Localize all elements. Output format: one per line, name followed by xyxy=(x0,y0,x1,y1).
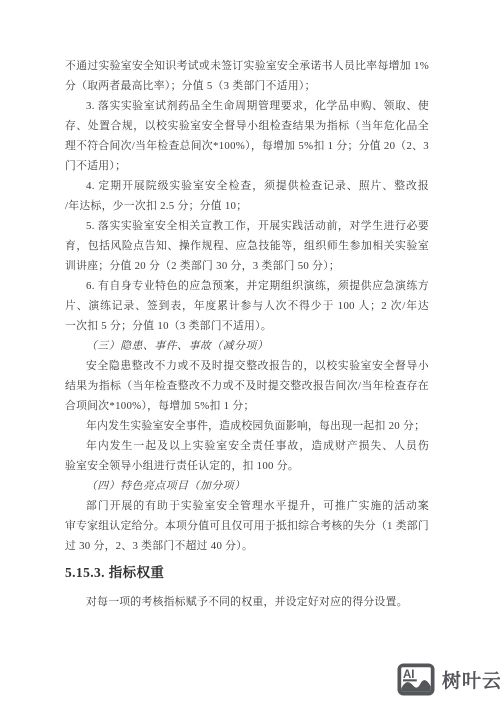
text-line: 验室安全领导小组进行责任认定的，扣 100 分。 xyxy=(65,456,429,476)
text-line: 部门开展的有助于实验室安全管理水平提升，可推广实施的活动案例，由评 xyxy=(65,496,429,516)
text-line: （三）隐患、事件、事故（减分项） xyxy=(65,336,429,356)
text-line: 不通过实验室安全知识考试或未签订实验室安全承诺书人员比率每增加 1%扣 1 xyxy=(65,56,429,76)
ai-photo-icon-svg: AI xyxy=(397,663,435,696)
text-line: 合项间次*100%），每增加 5%扣 1 分； xyxy=(65,396,429,416)
text-line: 年内发生实验室安全事件，造成校园负面影响，每出现一起扣 20 分； xyxy=(65,416,429,436)
document-body: 不通过实验室安全知识考试或未签订实验室安全承诺书人员比率每增加 1%扣 1分（取… xyxy=(65,56,429,612)
text-line: 过 30 分，2、3 类部门不超过 40 分）。 xyxy=(65,536,429,556)
text-line: 4. 定期开展院级实验室安全检查，须提供检查记录、照片、整改报告，4 次 xyxy=(65,176,429,196)
document-page: 不通过实验室安全知识考试或未签订实验室安全承诺书人员比率每增加 1%扣 1分（取… xyxy=(0,0,500,707)
text-line: 存、处置合规，以校实验室安全督导小组检查结果为指标（当年危化品全流程管 xyxy=(65,116,429,136)
text-line: /年达标，少一次扣 2.5 分；分值 10； xyxy=(65,196,429,216)
text-line: 一次扣 5 分；分值 10（3 类部门不适用）。 xyxy=(65,316,429,336)
text-line: 3. 落实实验室试剂药品全生命周期管理要求，化学品申购、领取、使用、储 xyxy=(65,96,429,116)
text-line: 门不适用）； xyxy=(65,156,429,176)
text-line: 理不符合间次/当年检查总间次*100%），每增加 5%扣 1 分；分值 20（2… xyxy=(65,136,429,156)
section-heading: 5.15.3. 指标权重 xyxy=(65,562,429,583)
text-line: 片、演练记录、签到表，年度累计参与人次不得少于 100 人；2 次/年达标，少 xyxy=(65,296,429,316)
icon-ai-label: AI xyxy=(403,669,415,681)
ai-photo-icon: AI xyxy=(397,663,435,696)
text-line: 安全隐患整改不力或不及时提交整改报告的，以校实验室安全督导小组检查 xyxy=(65,356,429,376)
text-line: 育，包括风险点告知、操作规程、应急技能等，组织师生参加相关实验室安全培 xyxy=(65,236,429,256)
text-line: 年内发生一起及以上实验室安全责任事故，造成财产损失、人员伤亡，由实 xyxy=(65,436,429,456)
text-line: 对每一项的考核指标赋予不同的权重，并设定好对应的得分设置。 xyxy=(65,592,429,612)
watermark: AI 树叶云 xyxy=(397,663,500,696)
text-line: 5. 落实实验室安全相关宣教工作，开展实践活动前，对学生进行必要安全教 xyxy=(65,216,429,236)
text-line: 审专家组认定给分。本项分值可且仅可用于抵扣综合考核的失分（1 类部门不超 xyxy=(65,516,429,536)
watermark-brand-text: 树叶云 xyxy=(442,666,500,693)
text-line: 结果为指标（当年检查整改不力或不及时提交整改报告间次/当年检查存在不符 xyxy=(65,376,429,396)
text-line: 分（取两者最高比率）；分值 5（3 类部门不适用）； xyxy=(65,76,429,96)
text-line: 训讲座；分值 20 分（2 类部门 30 分，3 类部门 50 分）； xyxy=(65,256,429,276)
text-line: 6. 有自身专业特色的应急预案，并定期组织演练，须提供应急演练方案、照 xyxy=(65,276,429,296)
icon-ai-underline xyxy=(403,679,417,681)
text-line: （四）特色亮点项目（加分项） xyxy=(65,476,429,496)
